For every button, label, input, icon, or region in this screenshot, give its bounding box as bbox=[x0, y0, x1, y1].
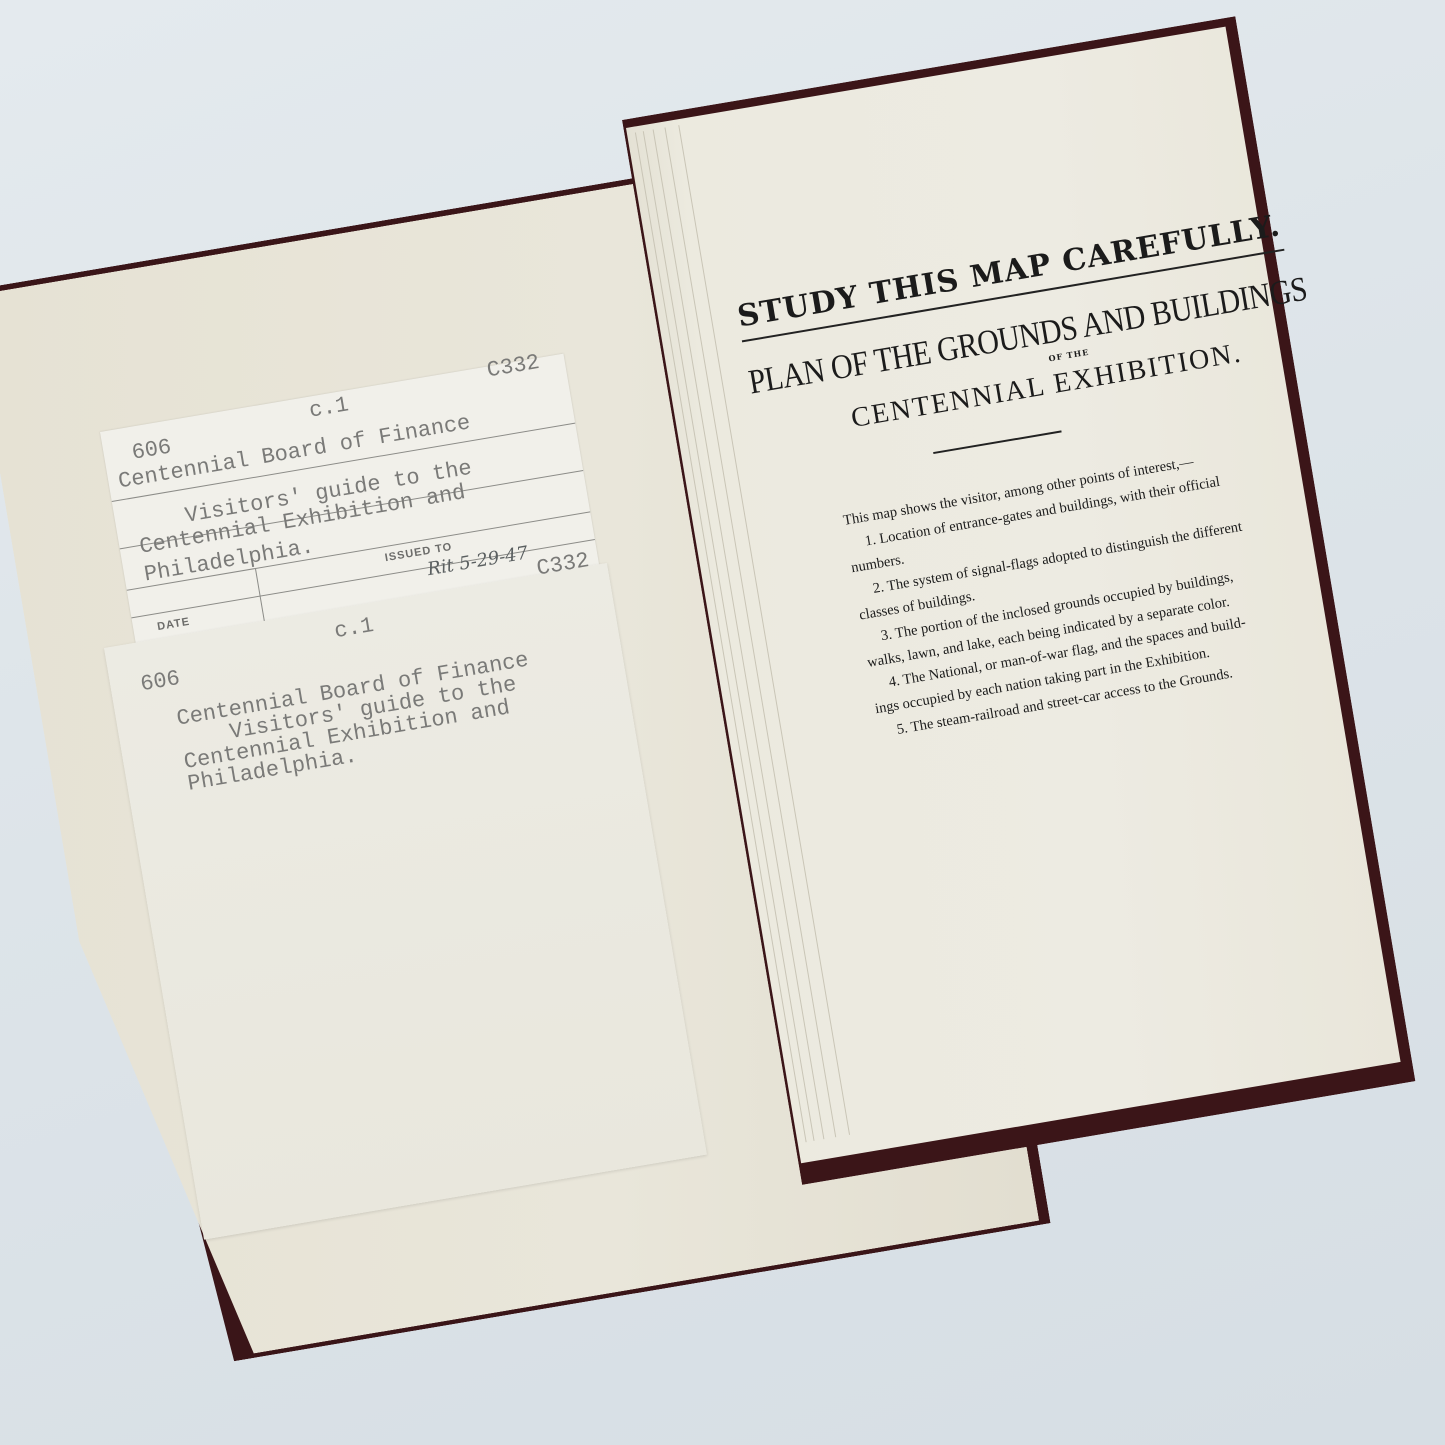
card-copy-number: c.1 bbox=[332, 613, 375, 644]
date-label: DATE bbox=[156, 616, 191, 633]
card-copy-number: c.1 bbox=[307, 392, 350, 423]
card-call-number-left: 606 bbox=[139, 666, 182, 697]
library-book-card: 606 c.1 C332 Centennial Board of Finance… bbox=[104, 563, 707, 1240]
divider-rule bbox=[933, 430, 1062, 454]
title-page: STUDY THIS MAP CAREFULLY. PLAN OF THE GR… bbox=[735, 207, 1365, 758]
